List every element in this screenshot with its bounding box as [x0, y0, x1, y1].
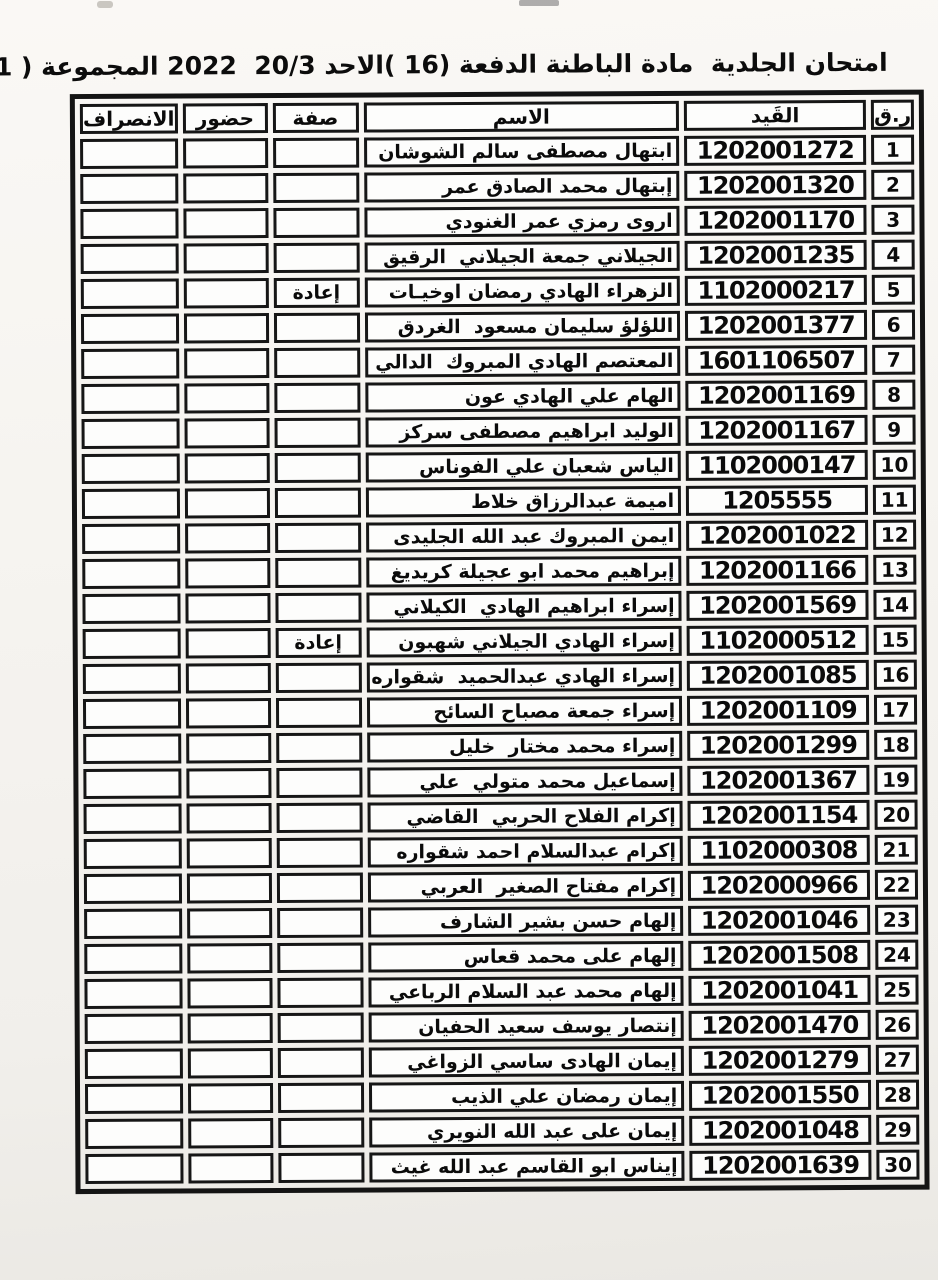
status-cell	[277, 1083, 363, 1113]
index-cell: 6	[872, 310, 915, 340]
registration-cell: 1202001046	[688, 905, 870, 936]
registration-cell: 1202001377	[685, 310, 867, 341]
status-cell	[275, 698, 361, 728]
registration-cell: 1202001550	[689, 1080, 871, 1111]
name-cell: الياس شعبان علي الفوناس	[365, 451, 681, 483]
status-cell	[275, 558, 361, 588]
attendance-cell	[186, 768, 271, 798]
attendance-table: ر.ق القَيد الاسم صفة حضور الانصراف 11202…	[70, 90, 930, 1194]
registration-cell: 1202001235	[685, 240, 867, 271]
registration-cell: 1202001170	[685, 205, 867, 236]
departure-cell	[83, 769, 181, 800]
header-status: صفة	[272, 103, 358, 133]
table-row: 271202001279إيمان الهادى ساسي الزواغي	[85, 1045, 919, 1079]
status-cell	[273, 208, 359, 238]
status-cell: إعادة	[273, 278, 359, 308]
attendance-cell	[183, 278, 268, 308]
table-row: 141202001569إسراء ابراهيم الهادي الكيلان…	[82, 590, 916, 624]
attendance-cell	[188, 1118, 273, 1148]
name-cell: إسماعيل محمد متولي علي	[367, 766, 683, 798]
table-body: 11202001272ابتهال مصطفى سالم الشوشان2120…	[80, 135, 920, 1184]
header-name: الاسم	[363, 101, 679, 133]
departure-cell	[84, 944, 182, 975]
attendance-cell	[185, 628, 270, 658]
departure-cell	[83, 699, 181, 730]
attendance-cell	[185, 698, 270, 728]
name-cell: الجيلاني جمعة الجيلاني الرقيق	[364, 241, 680, 273]
index-cell: 10	[873, 450, 916, 480]
attendance-cell	[188, 1153, 273, 1183]
index-cell: 13	[873, 555, 916, 585]
table-row: 261202001470إنتصار يوسف سعيد الحفيان	[85, 1010, 919, 1044]
table-row: 21202001320إبتهال محمد الصادق عمر	[80, 170, 914, 204]
departure-cell	[82, 559, 180, 590]
registration-cell: 1202001048	[689, 1115, 871, 1146]
header-departure: الانصراف	[80, 104, 178, 135]
table-row: 131202001166إبراهيم محمد ابو عجيلة كريدي…	[82, 555, 916, 589]
attendance-cell	[187, 1048, 272, 1078]
name-cell: إيناس ابو القاسم عبد الله غيث	[369, 1151, 685, 1183]
departure-cell	[82, 524, 180, 555]
table-row: 51102000217الزهراء الهادي رمضان اوخيـاتإ…	[81, 275, 915, 309]
name-cell: إسراء ابراهيم الهادي الكيلاني	[366, 591, 682, 623]
status-cell	[274, 488, 360, 518]
table-row: 211102000308إكرام عبدالسلام احمد شقواره	[84, 835, 918, 869]
name-cell: اللؤلؤ سليمان مسعود الغردق	[364, 311, 680, 343]
table-row: 161202001085إسراء الهادي عبدالحميد شقوار…	[83, 660, 917, 694]
departure-cell	[85, 1154, 183, 1185]
registration-cell: 1102000512	[687, 625, 869, 656]
registration-cell: 1202001166	[686, 555, 868, 586]
name-cell: إنتصار يوسف سعيد الحفيان	[368, 1011, 684, 1043]
registration-cell: 1202001470	[689, 1010, 871, 1041]
index-cell: 19	[874, 765, 917, 795]
departure-cell	[84, 909, 182, 940]
index-cell: 11	[873, 485, 916, 515]
departure-cell	[84, 804, 182, 835]
attendance-cell	[183, 243, 268, 273]
index-cell: 20	[875, 800, 918, 830]
attendance-cell	[183, 208, 268, 238]
attendance-cell	[184, 383, 269, 413]
header-attendance: حضور	[182, 103, 267, 133]
status-cell	[276, 838, 362, 868]
table-row: 151102000512إسراء الهادي الجيلاني شهبونإ…	[83, 625, 917, 659]
departure-cell	[85, 1049, 183, 1080]
table-row: 31202001170اروى رمزي عمر الغنودي	[80, 205, 914, 239]
index-cell: 4	[872, 240, 915, 270]
index-cell: 1	[871, 135, 914, 165]
departure-cell	[85, 1084, 183, 1115]
status-cell	[274, 418, 360, 448]
status-cell	[273, 313, 359, 343]
name-cell: الوليد ابراهيم مصطفى سركز	[365, 416, 681, 448]
page-title: امتحان الجلدية مادة الباطنة الدفعة (16 )…	[98, 48, 888, 81]
name-cell: اروى رمزي عمر الغنودي	[364, 206, 680, 238]
index-cell: 28	[876, 1080, 919, 1110]
table-row: 41202001235الجيلاني جمعة الجيلاني الرقيق	[81, 240, 915, 274]
attendance-cell	[187, 978, 272, 1008]
name-cell: الزهراء الهادي رمضان اوخيـات	[364, 276, 680, 308]
registration-cell: 1202001022	[686, 520, 868, 551]
registration-cell: 1202001167	[686, 415, 868, 446]
table-row: 71601106507المعتصم الهادي المبروك الدالي	[81, 345, 915, 379]
name-cell: إبتهال محمد الصادق عمر	[364, 171, 680, 203]
name-cell: اميمة عبدالرزاق خلاط	[365, 486, 681, 518]
departure-cell	[85, 1014, 183, 1045]
departure-cell	[83, 734, 181, 765]
table-row: 61202001377اللؤلؤ سليمان مسعود الغردق	[81, 310, 915, 344]
status-cell	[274, 348, 360, 378]
registration-cell: 1102000308	[688, 835, 870, 866]
status-cell	[273, 243, 359, 273]
table-row: 221202000966إكرام مفتاح الصغير العربي	[84, 870, 918, 904]
index-cell: 2	[871, 170, 914, 200]
status-cell	[275, 663, 361, 693]
index-cell: 27	[876, 1045, 919, 1075]
index-cell: 22	[875, 870, 918, 900]
attendance-cell	[185, 558, 270, 588]
index-cell: 29	[876, 1115, 919, 1145]
name-cell: إيمان الهادى ساسي الزواغي	[368, 1046, 684, 1078]
table-row: 121202001022ايمن المبروك عبد الله الجليد…	[82, 520, 916, 554]
status-cell	[274, 453, 360, 483]
registration-cell: 1202001109	[687, 695, 869, 726]
table-header-row: ر.ق القَيد الاسم صفة حضور الانصراف	[80, 100, 914, 134]
name-cell: إلهام حسن بشير الشارف	[368, 906, 684, 938]
table-row: 281202001550إيمان رمضان علي الذيب	[85, 1080, 919, 1114]
header-registration: القَيد	[684, 100, 866, 131]
attendance-cell	[186, 733, 271, 763]
status-cell	[275, 593, 361, 623]
registration-cell: 1202001508	[688, 940, 870, 971]
name-cell: إسراء الهادي عبدالحميد شقواره	[366, 661, 682, 693]
registration-cell: 1205555	[686, 485, 868, 516]
registration-cell: 1202001569	[687, 590, 869, 621]
index-cell: 9	[873, 415, 916, 445]
registration-cell: 1202001279	[689, 1045, 871, 1076]
table-row: 181202001299إسراء محمد مختار خليل	[83, 730, 917, 764]
departure-cell	[84, 874, 182, 905]
attendance-cell	[187, 908, 272, 938]
index-cell: 24	[875, 940, 918, 970]
registration-cell: 1202001154	[688, 800, 870, 831]
index-cell: 18	[874, 730, 917, 760]
table-row: 101102000147الياس شعبان علي الفوناس	[82, 450, 916, 484]
name-cell: ابتهال مصطفى سالم الشوشان	[364, 136, 680, 168]
status-cell: إعادة	[275, 628, 361, 658]
status-cell	[277, 1048, 363, 1078]
departure-cell	[82, 419, 180, 450]
table-row: 241202001508إلهام على محمد قعاس	[84, 940, 918, 974]
attendance-cell	[184, 453, 269, 483]
status-cell	[277, 943, 363, 973]
attendance-cell	[183, 313, 268, 343]
departure-cell	[81, 384, 179, 415]
departure-cell	[81, 279, 179, 310]
attendance-cell	[186, 838, 271, 868]
table-row: 171202001109إسراء جمعة مصباح السائح	[83, 695, 917, 729]
table-row: 291202001048إيمان على عبد الله النويري	[85, 1115, 919, 1149]
table-row: 251202001041إلهام محمد عبد السلام الرباع…	[84, 975, 918, 1009]
departure-cell	[83, 629, 181, 660]
attendance-cell	[184, 488, 269, 518]
registration-cell: 1202001041	[689, 975, 871, 1006]
attendance-cell	[186, 803, 271, 833]
name-cell: إبراهيم محمد ابو عجيلة كريديغ	[366, 556, 682, 588]
status-cell	[277, 978, 363, 1008]
departure-cell	[82, 454, 180, 485]
scanned-page: امتحان الجلدية مادة الباطنة الدفعة (16 )…	[0, 0, 938, 1280]
table-row: 81202001169الهام علي الهادي عون	[81, 380, 915, 414]
status-cell	[276, 733, 362, 763]
table-row: 11202001272ابتهال مصطفى سالم الشوشان	[80, 135, 914, 169]
attendance-cell	[183, 138, 268, 168]
attendance-cell	[187, 943, 272, 973]
registration-cell: 1601106507	[685, 345, 867, 376]
name-cell: إيمان على عبد الله النويري	[369, 1116, 685, 1148]
table-row: 91202001167الوليد ابراهيم مصطفى سركز	[82, 415, 916, 449]
status-cell	[273, 173, 359, 203]
attendance-cell	[183, 173, 268, 203]
status-cell	[276, 768, 362, 798]
attendance-cell	[184, 418, 269, 448]
index-cell: 23	[875, 905, 918, 935]
registration-cell: 1102000147	[686, 450, 868, 481]
name-cell: المعتصم الهادي المبروك الدالي	[365, 346, 681, 378]
status-cell	[278, 1153, 364, 1183]
attendance-cell	[184, 348, 269, 378]
attendance-cell	[185, 593, 270, 623]
registration-cell: 1202000966	[688, 870, 870, 901]
index-cell: 25	[876, 975, 919, 1005]
departure-cell	[80, 209, 178, 240]
index-cell: 12	[873, 520, 916, 550]
name-cell: إكرام عبدالسلام احمد شقواره	[367, 836, 683, 868]
header-index: ر.ق	[871, 100, 914, 130]
attendance-cell	[186, 873, 271, 903]
name-cell: إكرام مفتاح الصغير العربي	[367, 871, 683, 903]
attendance-cell	[187, 1083, 272, 1113]
index-cell: 3	[872, 205, 915, 235]
index-cell: 21	[875, 835, 918, 865]
registration-cell: 1202001169	[685, 380, 867, 411]
registration-cell: 1202001272	[684, 135, 866, 166]
registration-cell: 1202001367	[687, 765, 869, 796]
registration-cell: 1202001085	[687, 660, 869, 691]
table-row: 191202001367إسماعيل محمد متولي علي	[83, 765, 917, 799]
departure-cell	[81, 349, 179, 380]
departure-cell	[85, 1119, 183, 1150]
attendance-cell	[187, 1013, 272, 1043]
departure-cell	[80, 139, 178, 170]
index-cell: 17	[874, 695, 917, 725]
name-cell: الهام علي الهادي عون	[365, 381, 681, 413]
index-cell: 14	[874, 590, 917, 620]
table-row: 201202001154إكرام الفلاح الحربي القاضي	[84, 800, 918, 834]
name-cell: إكرام الفلاح الحربي القاضي	[367, 801, 683, 833]
name-cell: إسراء الهادي الجيلاني شهبون	[366, 626, 682, 658]
index-cell: 7	[872, 345, 915, 375]
departure-cell	[81, 314, 179, 345]
status-cell	[273, 138, 359, 168]
index-cell: 8	[872, 380, 915, 410]
name-cell: إلهام على محمد قعاس	[368, 941, 684, 973]
page-content: امتحان الجلدية مادة الباطنة الدفعة (16 )…	[0, 0, 938, 1280]
status-cell	[276, 873, 362, 903]
status-cell	[277, 908, 363, 938]
table-row: 231202001046إلهام حسن بشير الشارف	[84, 905, 918, 939]
attendance-cell	[185, 663, 270, 693]
registration-cell: 1102000217	[685, 275, 867, 306]
status-cell	[274, 383, 360, 413]
status-cell	[276, 803, 362, 833]
attendance-cell	[185, 523, 270, 553]
table-row: 111205555اميمة عبدالرزاق خلاط	[82, 485, 916, 519]
name-cell: إلهام محمد عبد السلام الرباعي	[368, 976, 684, 1008]
status-cell	[275, 523, 361, 553]
departure-cell	[84, 839, 182, 870]
table-row: 301202001639إيناس ابو القاسم عبد الله غي…	[85, 1150, 919, 1184]
departure-cell	[84, 979, 182, 1010]
registration-cell: 1202001299	[687, 730, 869, 761]
index-cell: 26	[876, 1010, 919, 1040]
departure-cell	[83, 664, 181, 695]
status-cell	[278, 1118, 364, 1148]
index-cell: 30	[877, 1150, 920, 1180]
departure-cell	[80, 174, 178, 205]
departure-cell	[81, 244, 179, 275]
departure-cell	[82, 489, 180, 520]
registration-cell: 1202001639	[690, 1150, 872, 1181]
name-cell: إيمان رمضان علي الذيب	[368, 1081, 684, 1113]
index-cell: 5	[872, 275, 915, 305]
name-cell: إسراء محمد مختار خليل	[367, 731, 683, 763]
name-cell: إسراء جمعة مصباح السائح	[366, 696, 682, 728]
index-cell: 15	[874, 625, 917, 655]
departure-cell	[82, 594, 180, 625]
name-cell: ايمن المبروك عبد الله الجليدى	[366, 521, 682, 553]
registration-cell: 1202001320	[684, 170, 866, 201]
index-cell: 16	[874, 660, 917, 690]
status-cell	[277, 1013, 363, 1043]
